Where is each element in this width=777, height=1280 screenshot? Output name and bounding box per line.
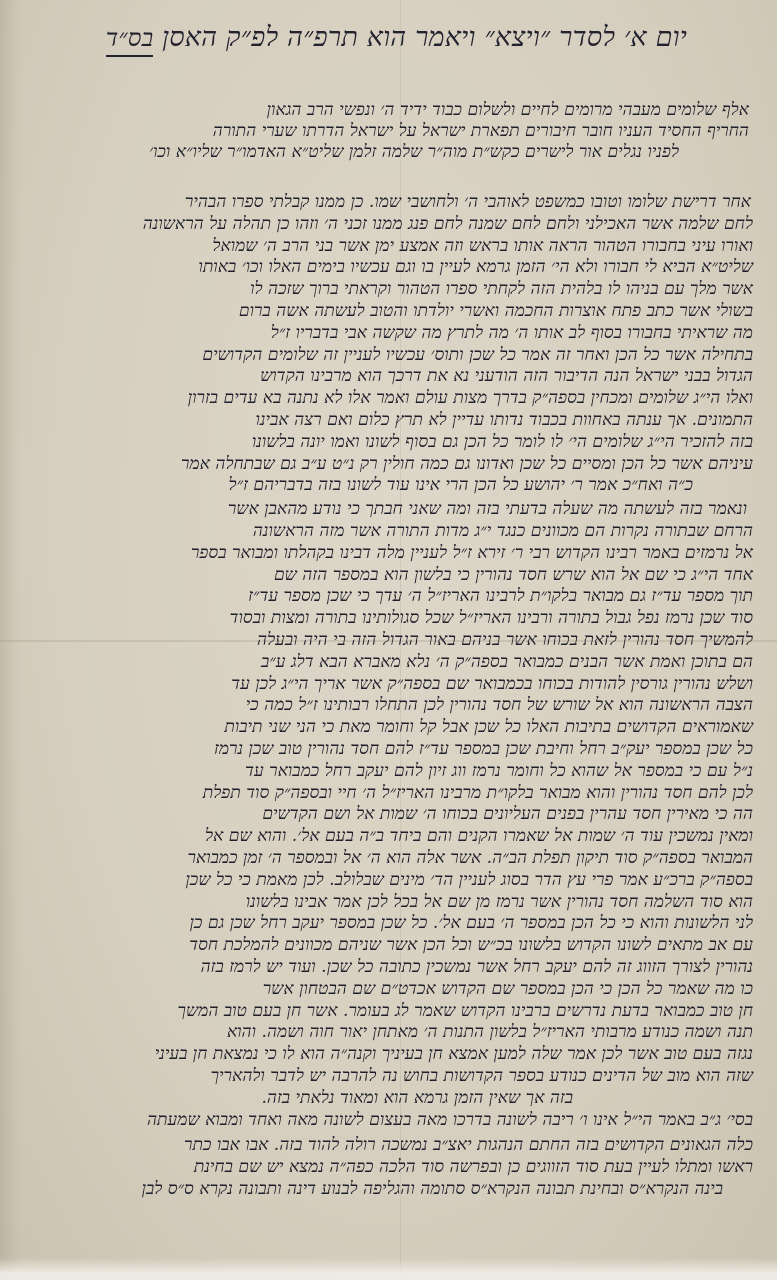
body-line: בתחילה אשר כל הכן ואחר זה אמר כל שכן ותו… xyxy=(202,345,753,365)
body-line: ונאמר בזה לעשתה מה שעלה בדעתי בזה ומה שא… xyxy=(228,499,747,519)
body-line: שליט״א הביא לי חבורו ולא הי׳ הזמן גרמא ל… xyxy=(198,257,753,277)
body-line: בסי׳ ג״ב באמר הי״ל אינו ו׳ ריבה לשונה בד… xyxy=(147,1110,753,1130)
body-line: כו מה שאמר כל הכן כי הכן במספר שם הקדוש … xyxy=(263,979,753,999)
salutation-line: לפניו נגלים אור לישרים כקש״ת מוה״ר שלמה … xyxy=(149,142,679,162)
body-line: בזה להזכיר הי״ג שלומים הי׳ לו לומר כל הכ… xyxy=(252,432,753,452)
body-line: שזה הוא מוב של הדינים כנודע בספר הקדושות… xyxy=(211,1066,753,1086)
body-line: עם אב מתאים לשונו הקדוש בלשונו בכ״ש וכל … xyxy=(189,935,753,955)
body-line: תנה ושמה כנודע מרבותי האריז״ל בלשון התנו… xyxy=(227,1022,753,1042)
body-line: אל נרמזים באמר רבינו הקדוש רבי ר׳ זירא ז… xyxy=(191,543,753,563)
body-line: כלה הגאונים הקדושים בזה החתם הנהגות יאצ״… xyxy=(184,1135,753,1155)
body-line: לני הלשונות והוא כי כל הכן במספר ה׳ בעם … xyxy=(190,913,753,933)
body-line: בספה״ק ברכ״ע אמר פרי עץ הדר בסוג לעניין … xyxy=(186,870,753,890)
body-line: עיניהם אשר כל הכן ומסיים כל שכן ואדונו ג… xyxy=(181,454,753,474)
body-line: בזה אך שאין הזמן גרמא הוא ומאוד נלאתי בז… xyxy=(261,1088,573,1108)
salutation-line: החריף החסיד העניו חובר חיבורים תפארת ישר… xyxy=(213,121,749,141)
body-line: ואורו עיני בחבורו הטהור הראה אותו בראש ו… xyxy=(212,236,753,256)
body-line: כ״ה ואח״כ אמר ר׳ יהושע כל הכן הרי אינו ע… xyxy=(229,475,693,495)
body-line: ומאין נמשכין עוד ה׳ שמות אל שאמרו הקנים … xyxy=(205,826,753,846)
body-line: סוד שכן נרמז נפל גבול בתורה ורבינו האריז… xyxy=(230,608,753,628)
body-line: אשר מלך עם בניהו לו בלהית הזה לקחתי ספרו… xyxy=(250,279,753,299)
body-line: שאמוראים הקדושים בתיבות האלו כל שכן אבל … xyxy=(224,717,753,737)
body-line: ושלש נהורין גורסין להודות בכוחו בכמבואר … xyxy=(231,674,753,694)
body-line: אחד הי״ג כי שם אל הוא שרש חסד נהורין כי … xyxy=(274,565,753,585)
body-line: מה שראיתי בחבורו בסוף לב אותו ה׳ מה לתרץ… xyxy=(271,323,753,343)
body-line: ואלו הי״ג שלומים ומכחין בספה״ק בדרך מצות… xyxy=(188,388,753,408)
bsd-mark: בס״ד xyxy=(106,24,154,57)
body-line: הה כי מאירין חסד עהרין בפנים העליונים בכ… xyxy=(262,804,753,824)
paper-bottom-edge xyxy=(0,1258,777,1280)
dateline: יום א׳ לסדר ״ויצא״ ויאמר הוא תרפ״ה לפ״ק … xyxy=(162,22,687,53)
body-line: תוך מספר עד״ז גם מבואר בלקו״ת לרבינו האר… xyxy=(248,586,753,606)
salutation-line: אלף שלומים מעבהי מרומים לחיים ולשלום כבו… xyxy=(267,100,749,120)
body-line: ראשו ומתלו לעיין בעת סוד הזווגים כן ובפר… xyxy=(194,1157,753,1177)
body-line: נ״ל עם כי במספר אל שהוא כל וחומר נרמז וו… xyxy=(245,761,753,781)
body-line: להמשיך חסד נהורין לזאת בכוחו אשר בניהם ב… xyxy=(257,630,753,650)
body-line: כל שכן במספר יעק״ב רחל וחיבת שכן במספר ע… xyxy=(214,739,753,759)
body-line: הם בתוכן ואמת אשר הבנים כמבואר בספה״ק ה׳… xyxy=(261,652,753,672)
body-line: בשולי אשר כתב פתח אוצרות החכמה ואשרי יול… xyxy=(239,301,753,321)
body-line: נהורין לצורך הזווג זה להם יעקב רחל אשר נ… xyxy=(201,957,753,977)
body-line: אחר דרישת שלומו וטובו כמשפט לאוהבי ה׳ ול… xyxy=(185,192,751,212)
body-line: הגדול בבני ישראל הנה הדיבור הזה הודעני נ… xyxy=(260,366,753,386)
manuscript-page: יום א׳ לסדר ״ויצא״ ויאמר הוא תרפ״ה לפ״ק … xyxy=(0,0,777,1280)
body-line: לכן להם חסד נהורין והוא מבואר בלקו״ת מרב… xyxy=(203,783,753,803)
body-line: נגזה בעם טוב אשר לכן אמר שלה למען אמצא ח… xyxy=(155,1044,753,1064)
body-line: בינה הנקרא״ס ובחינת תבונה הנקרא״ס סתומה … xyxy=(142,1179,723,1199)
body-line: המבואר בספה״ק סוד תיקון תפלת הב״ה. אשר א… xyxy=(187,848,753,868)
body-line: התמונים. אך ענתה באחוות בכבוד נדותו עדיי… xyxy=(256,410,753,430)
body-line: הצבה הראשונה הוא אל שורש של חסד נהורין ל… xyxy=(246,695,753,715)
body-line: חן טוב כמבואר בדעת נדרשים ברבינו הקדוש ש… xyxy=(178,1001,753,1021)
body-line: הוא סוד השלמה חסד נהורין אשר נרמז מן שם … xyxy=(246,892,753,912)
letter-header: יום א׳ לסדר ״ויצא״ ויאמר הוא תרפ״ה לפ״ק … xyxy=(88,22,687,57)
body-line: הרחם שבתורה נקרות הם מכוונים כנגד י״ג מד… xyxy=(253,521,753,541)
body-line: לחם שלמה אשר האכילני ולחם לחם שמנה לחם פ… xyxy=(143,214,753,234)
salutation-block: אלף שלומים מעבהי מרומים לחיים ולשלום כבו… xyxy=(9,100,749,200)
letter-body: אחר דרישת שלומו וטובו כמשפט לאוהבי ה׳ ול… xyxy=(3,192,753,1262)
